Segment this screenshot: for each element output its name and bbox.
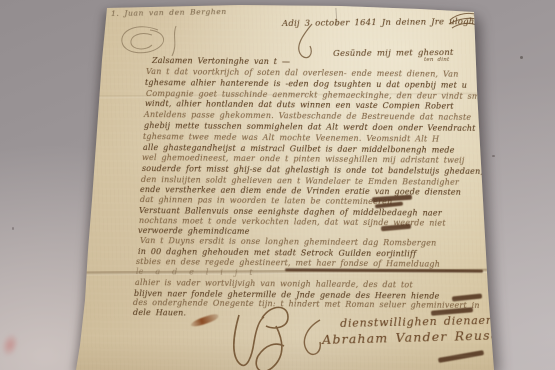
dateline-descender-flourish bbox=[299, 24, 312, 58]
photo-of-letter: 1. Juan van den Berghen Adij 3 october 1… bbox=[0, 0, 555, 370]
docket-note: 1. Juan van den Berghen bbox=[111, 7, 227, 18]
handwritten-line: Van t Duyns ersdit is onse longhen ghemi… bbox=[140, 236, 437, 248]
handwritten-line: Zalsamen Vertoninghe van t — bbox=[152, 56, 290, 66]
handwritten-line: le a d e l i j t bbox=[136, 267, 253, 277]
handwritten-line: dat ghinnen pas in woorden te laten be c… bbox=[140, 195, 392, 206]
handwritten-line: wel ghemoedineest, maer onde t pinten wi… bbox=[142, 153, 465, 165]
handwritten-line: Van t dat voortkrijch of soten dal overl… bbox=[146, 67, 459, 79]
handwritten-line: ghebij mette tusschen sommighelen dat Al… bbox=[144, 121, 476, 133]
interlinear-note: ten dint bbox=[424, 57, 449, 63]
handwritten-line: souderde fort misst ghij-se dat ghelasti… bbox=[142, 164, 483, 176]
handwritten-line: verwoerde ghemindicame bbox=[138, 226, 250, 236]
heavy-ink-dash bbox=[285, 268, 483, 272]
letter-sheet: 1. Juan van den Berghen Adij 3 october 1… bbox=[0, 0, 555, 370]
docket-flourish-loops bbox=[122, 26, 176, 56]
handwritten-line: tghesame alhier hanterende is -eden dog … bbox=[145, 78, 467, 90]
handwritten-line: dele Hauen. bbox=[133, 308, 186, 317]
handwritten-line: Anteldens passe ghekommen. Vastbeschande… bbox=[144, 110, 471, 122]
dateline: Adij 3 october 1641 Jn deinen Jre uloghe… bbox=[282, 17, 485, 29]
handwritten-line: windt, alhier hontlanden dat duts winnen… bbox=[145, 99, 454, 111]
heavy-ink-dash bbox=[438, 350, 484, 363]
monogram-flourish bbox=[234, 307, 288, 370]
ink-smear bbox=[190, 313, 220, 329]
letter-sheet-wrapper: 1. Juan van den Berghen Adij 3 october 1… bbox=[0, 0, 555, 370]
handwritten-line: tghesame twee mede was Alt mochte Veenem… bbox=[143, 132, 439, 144]
handwritten-line: alhier is vader wortvlijvigh van wonigh … bbox=[135, 278, 413, 289]
signature-opening-flourish bbox=[304, 320, 320, 354]
signature-name-line: Abraham Vander Reuse bbox=[322, 327, 500, 347]
